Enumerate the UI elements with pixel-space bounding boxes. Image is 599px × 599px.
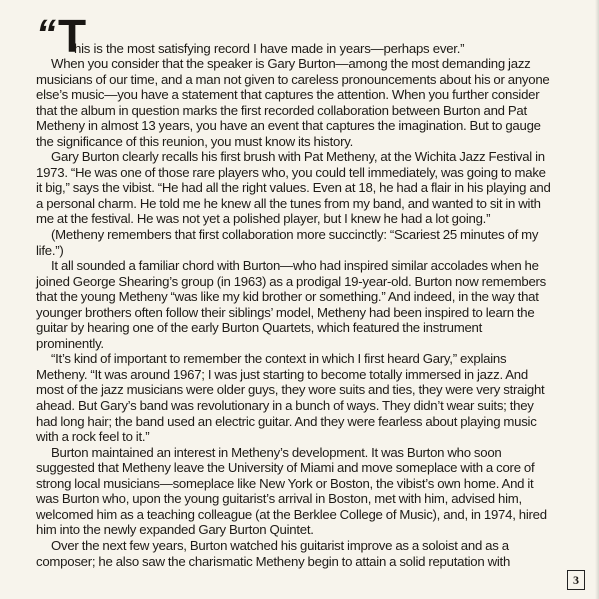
text-line: else’s music—you have a statement that c… — [36, 87, 566, 103]
paragraph-3: (Metheny remembers that first collaborat… — [36, 227, 566, 258]
lead-quote: “ T his is the most satisfying record I … — [36, 14, 566, 56]
paragraph-6: Burton maintained an interest in Metheny… — [36, 445, 566, 538]
text-line: strong local musicians—someplace like Ne… — [36, 476, 566, 492]
page-number-box: 3 — [567, 570, 585, 590]
text-line: the significance of this reunion, you mu… — [36, 134, 566, 150]
text-line: composer; he also saw the charismatic Me… — [36, 554, 566, 570]
text-line: joined George Shearing’s group (in 1963)… — [36, 274, 566, 290]
text-line: When you consider that the speaker is Ga… — [36, 56, 566, 72]
text-line: ahead. But Gary’s band was revolutionary… — [36, 398, 566, 414]
text-line: him into the newly expanded Gary Burton … — [36, 522, 566, 538]
page-edge-shadow — [595, 0, 599, 599]
text-line: welcomed him as a teaching colleague (at… — [36, 507, 566, 523]
text-line: 1973. “He was one of those rare players … — [36, 165, 566, 181]
text-line: “It’s kind of important to remember the … — [36, 351, 566, 367]
opening-quote-mark: “ — [36, 14, 52, 54]
text-line: was Burton who, upon the young guitarist… — [36, 491, 566, 507]
text-line: musicians of our time, and a man not giv… — [36, 72, 566, 88]
text-line: Metheny. “It was around 1967; I was just… — [36, 367, 566, 383]
text-line: a personal charm. He told me he knew all… — [36, 196, 566, 212]
text-line: Burton maintained an interest in Metheny… — [36, 445, 566, 461]
lead-quote-text: his is the most satisfying record I have… — [74, 41, 464, 56]
text-line: It all sounded a familiar chord with Bur… — [36, 258, 566, 274]
text-line: Over the next few years, Burton watched … — [36, 538, 566, 554]
paragraph-4: It all sounded a familiar chord with Bur… — [36, 258, 566, 351]
article-body: When you consider that the speaker is Ga… — [36, 56, 566, 569]
text-line: guitar by hearing one of the early Burto… — [36, 320, 566, 336]
paragraph-2: Gary Burton clearly recalls his first br… — [36, 149, 566, 227]
text-line: younger brothers often follow their sibl… — [36, 305, 566, 321]
text-line: Metheny in almost 13 years, you have an … — [36, 118, 566, 134]
text-line: that the young Metheny “was like my kid … — [36, 289, 566, 305]
text-line: (Metheny remembers that first collaborat… — [36, 227, 566, 243]
text-line: had long hair; the band used an electric… — [36, 414, 566, 430]
liner-notes-page: “ T his is the most satisfying record I … — [36, 14, 566, 569]
paragraph-5: “It’s kind of important to remember the … — [36, 351, 566, 444]
text-line: prominently. — [36, 336, 566, 352]
text-line: Gary Burton clearly recalls his first br… — [36, 149, 566, 165]
text-line: most of the jazz musicians were older gu… — [36, 382, 566, 398]
text-line: suggested that Metheny leave the Univers… — [36, 460, 566, 476]
paragraph-7: Over the next few years, Burton watched … — [36, 538, 566, 569]
text-line: that the album in question marks the fir… — [36, 103, 566, 119]
text-line: me at the festival. He was not yet a pol… — [36, 211, 566, 227]
text-line: it big,” says the vibist. “He had all th… — [36, 180, 566, 196]
text-line: life.”) — [36, 243, 566, 259]
text-line: with a rock feel to it.” — [36, 429, 566, 445]
paragraph-1: When you consider that the speaker is Ga… — [36, 56, 566, 149]
